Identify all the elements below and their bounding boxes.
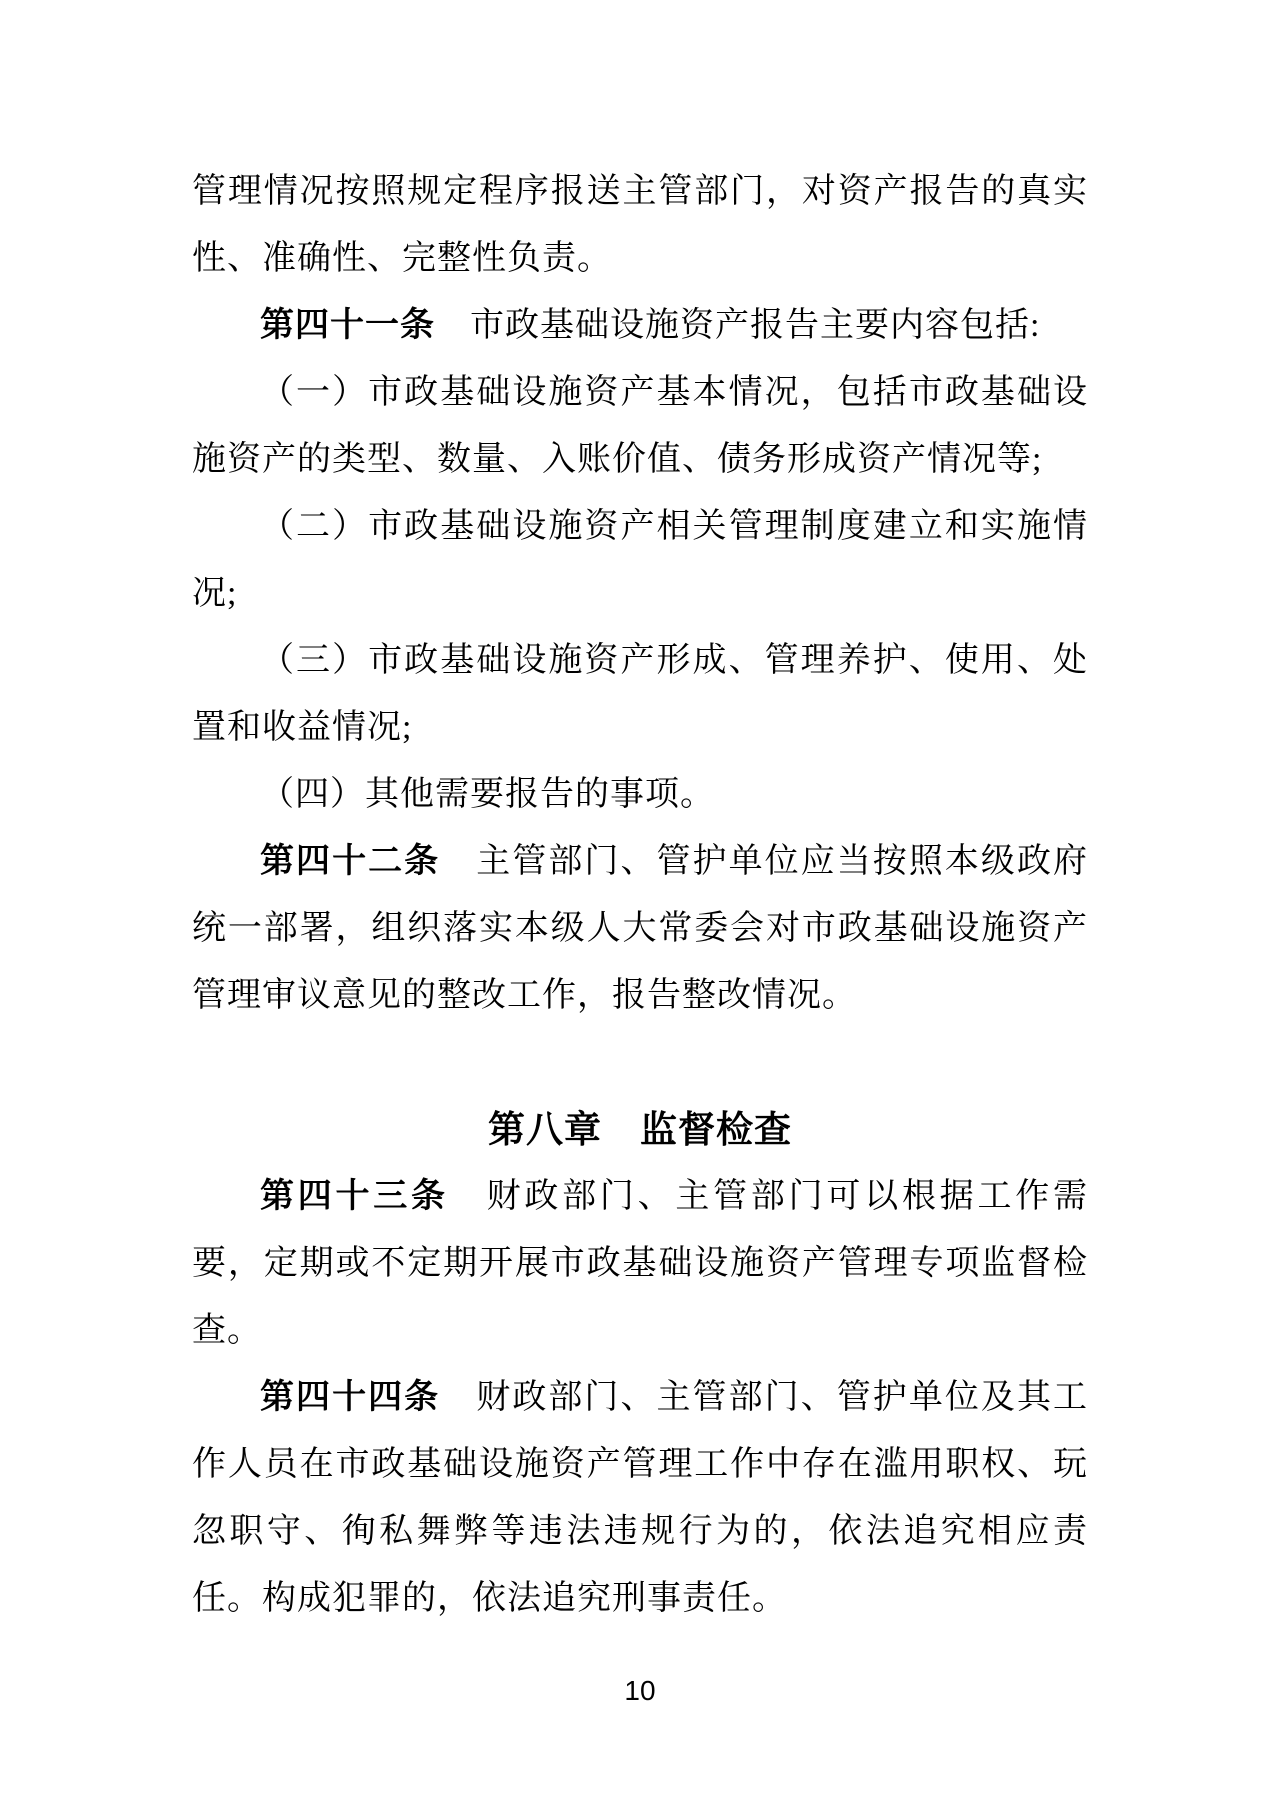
- article-41-text: 市政基础设施资产报告主要内容包括:: [435, 307, 1040, 344]
- clause-item-1: （一）市政基础设施资产基本情况，包括市政基础设施资产的类型、数量、入账价值、债务…: [192, 359, 1088, 493]
- chapter-8-heading: 第八章 监督检查: [192, 1096, 1088, 1163]
- clause-item-4: （四）其他需要报告的事项。: [192, 761, 1088, 828]
- article-43-paragraph: 第四十三条 财政部门、主管部门可以根据工作需要，定期或不定期开展市政基础设施资产…: [192, 1163, 1088, 1364]
- clause-item-2: （二）市政基础设施资产相关管理制度建立和实施情况;: [192, 493, 1088, 627]
- article-41-number: 第四十一条: [260, 306, 435, 344]
- document-page: 管理情况按照规定程序报送主管部门，对资产报告的真实性、准确性、完整性负责。 第四…: [0, 0, 1280, 1811]
- article-41-paragraph: 第四十一条 市政基础设施资产报告主要内容包括:: [192, 292, 1088, 359]
- paragraph-continuation: 管理情况按照规定程序报送主管部门，对资产报告的真实性、准确性、完整性负责。: [192, 158, 1088, 292]
- clause-item-3: （三）市政基础设施资产形成、管理养护、使用、处置和收益情况;: [192, 627, 1088, 761]
- article-42-paragraph: 第四十二条 主管部门、管护单位应当按照本级政府统一部署，组织落实本级人大常委会对…: [192, 828, 1088, 1029]
- article-42-number: 第四十二条: [260, 842, 440, 880]
- article-44-number: 第四十四条: [260, 1378, 440, 1416]
- article-43-number: 第四十三条: [260, 1177, 449, 1215]
- document-body: 管理情况按照规定程序报送主管部门，对资产报告的真实性、准确性、完整性负责。 第四…: [192, 158, 1088, 1632]
- article-44-paragraph: 第四十四条 财政部门、主管部门、管护单位及其工作人员在市政基础设施资产管理工作中…: [192, 1364, 1088, 1632]
- page-number: 10: [0, 1676, 1280, 1706]
